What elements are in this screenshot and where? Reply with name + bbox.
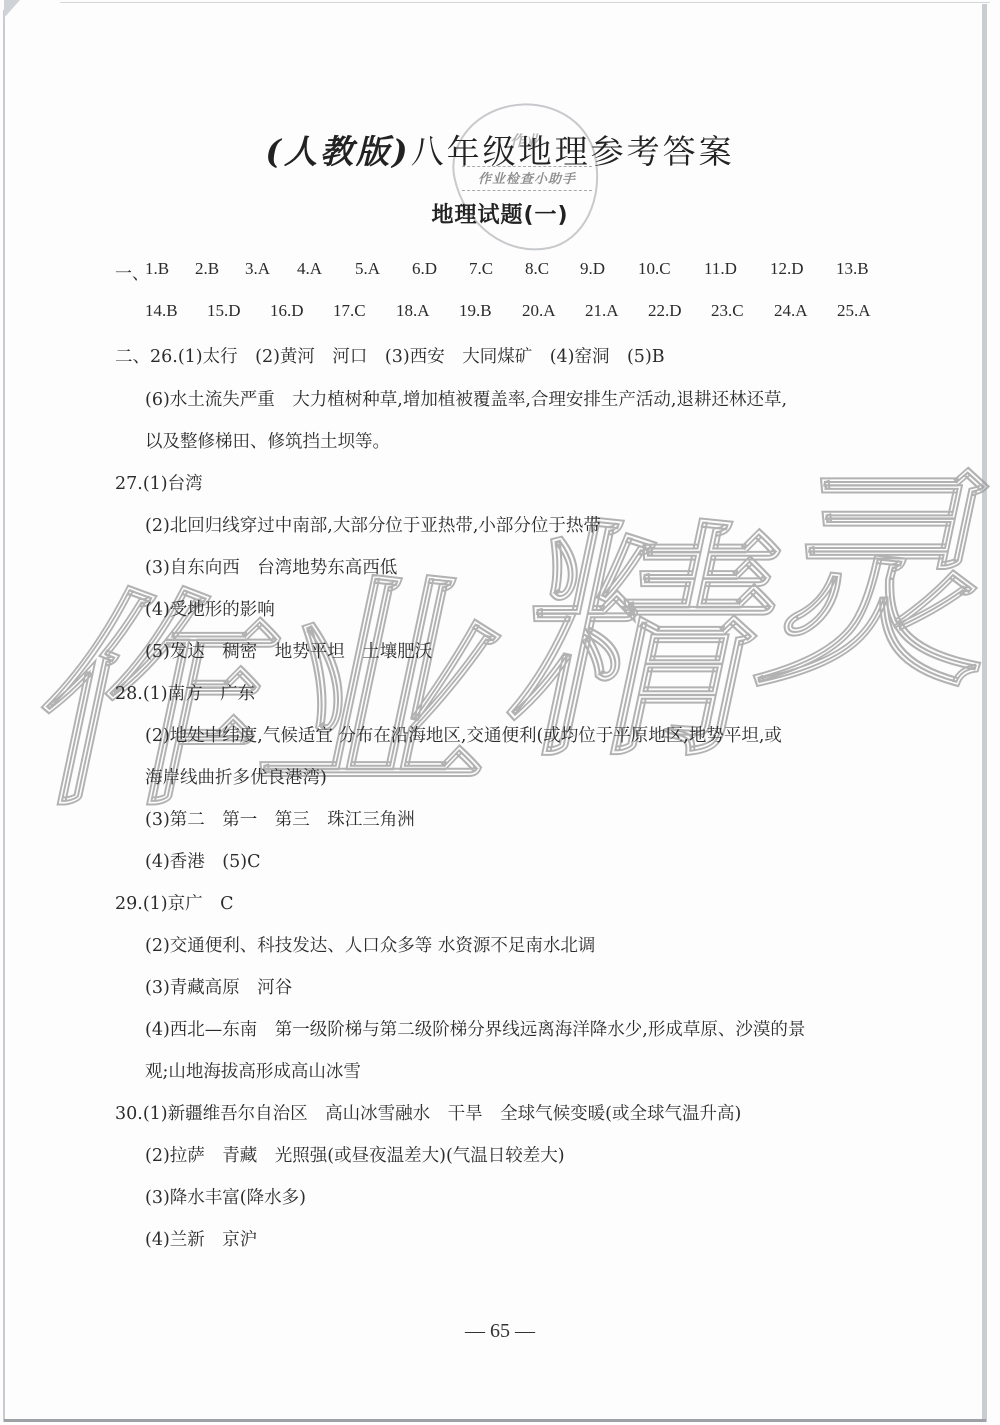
mc-answer: 10.C <box>638 259 704 284</box>
answer-28-line-3: 海岸线曲折多优良港湾) <box>145 764 327 789</box>
mc-answer: 21.A <box>585 301 648 321</box>
answer-27-line-3: (3)自东向西 台湾地势东高西低 <box>145 554 397 579</box>
answer-28-line-2: (2)地处中纬度,气候适宜 分布在沿海地区,交通便利(或均位于平原地区,地势平坦… <box>145 722 782 747</box>
mc-answer: 8.C <box>525 259 580 284</box>
answer-27-line-1: 27.(1)台湾 <box>115 470 203 495</box>
answer-30-line-3: (3)降水丰富(降水多) <box>145 1184 306 1209</box>
mc-answer: 11.D <box>704 259 770 284</box>
answer-30-line-1: 30.(1)新疆维吾尔自治区 高山冰雪融水 干旱 全球气候变暖(或全球气温升高) <box>115 1100 741 1125</box>
mc-answer: 1.B <box>145 259 195 284</box>
answer-27-line-4: (4)受地形的影响 <box>145 596 275 621</box>
title-main: 八年级地理参考答案 <box>411 132 735 171</box>
answer-27-line-5: (5)发达 稠密 地势平坦 土壤肥沃 <box>145 638 432 663</box>
mc-answer: 25.A <box>837 301 897 321</box>
mc-answer: 12.D <box>770 259 836 284</box>
answer-29-line-5: 观;山地海拔高形成高山冰雪 <box>145 1058 361 1083</box>
answer-28-line-5: (4)香港 (5)C <box>145 848 260 873</box>
mc-answer: 23.C <box>711 301 774 321</box>
mc-answer: 22.D <box>648 301 711 321</box>
answer-26-line-3: 以及整修梯田、修筑挡土坝等。 <box>145 428 390 453</box>
mc-answer: 20.A <box>522 301 585 321</box>
answer-26-line-1: 二、26.(1)太行 (2)黄河 河口 (3)西安 大同煤矿 (4)窑洞 (5)… <box>115 343 665 368</box>
mc-answer: 13.B <box>836 259 896 284</box>
mc-answer: 3.A <box>245 259 297 284</box>
section1-prefix: 一、 <box>115 259 145 284</box>
answer-29-line-4: (4)西北—东南 第一级阶梯与第二级阶梯分界线远离海洋降水少,形成草原、沙漠的景 <box>145 1016 805 1041</box>
mc-answer: 15.D <box>207 301 270 321</box>
mc-answer: 5.A <box>355 259 412 284</box>
answer-29-line-1: 29.(1)京广 C <box>115 890 234 915</box>
answer-28-line-1: 28.(1)南方 广东 <box>115 680 255 705</box>
stamp-divider-bottom <box>462 190 592 192</box>
mc-answer: 2.B <box>195 259 245 284</box>
page-corner-fold <box>4 0 20 18</box>
mc-answer: 17.C <box>333 301 396 321</box>
answer-26-line-2: (6)水土流失严重 大力植树种草,增加植被覆盖率,合理安排生产活动,退耕还林还草… <box>145 386 787 411</box>
mc-answer: 14.B <box>145 301 207 321</box>
mc-answer: 6.D <box>412 259 469 284</box>
document-subtitle: 地理试题(一) <box>0 198 1000 229</box>
mc-answer: 18.A <box>396 301 459 321</box>
mc-answer: 19.B <box>459 301 522 321</box>
answer-30-line-2: (2)拉萨 青藏 光照强(或昼夜温差大)(气温日较差大) <box>145 1142 565 1167</box>
answer-27-line-2: (2)北回归线穿过中南部,大部分位于亚热带,小部分位于热带 <box>145 512 601 537</box>
answer-29-line-2: (2)交通便利、科技发达、人口众多等 水资源不足南水北调 <box>145 932 595 957</box>
mc-row-2: 14.B 15.D 16.D 17.C 18.A 19.B 20.A 21.A … <box>145 301 897 321</box>
document-title: (人教版)八年级地理参考答案 <box>0 126 1000 173</box>
page-edge-top <box>60 2 990 3</box>
page-number: — 65 — <box>0 1320 1000 1343</box>
mc-answer: 4.A <box>297 259 355 284</box>
mc-answer: 9.D <box>580 259 638 284</box>
title-edition: (人教版) <box>265 132 410 171</box>
mc-answer: 16.D <box>270 301 333 321</box>
mc-answer: 7.C <box>469 259 525 284</box>
page-edge-bottom <box>4 1419 986 1422</box>
answer-29-line-3: (3)青藏高原 河谷 <box>145 974 292 999</box>
mc-row-1: 一、 1.B 2.B 3.A 4.A 5.A 6.D 7.C 8.C 9.D 1… <box>115 259 896 284</box>
answer-28-line-4: (3)第二 第一 第三 珠江三角洲 <box>145 806 415 831</box>
answer-30-line-4: (4)兰新 京沪 <box>145 1226 257 1251</box>
mc-answer: 24.A <box>774 301 837 321</box>
